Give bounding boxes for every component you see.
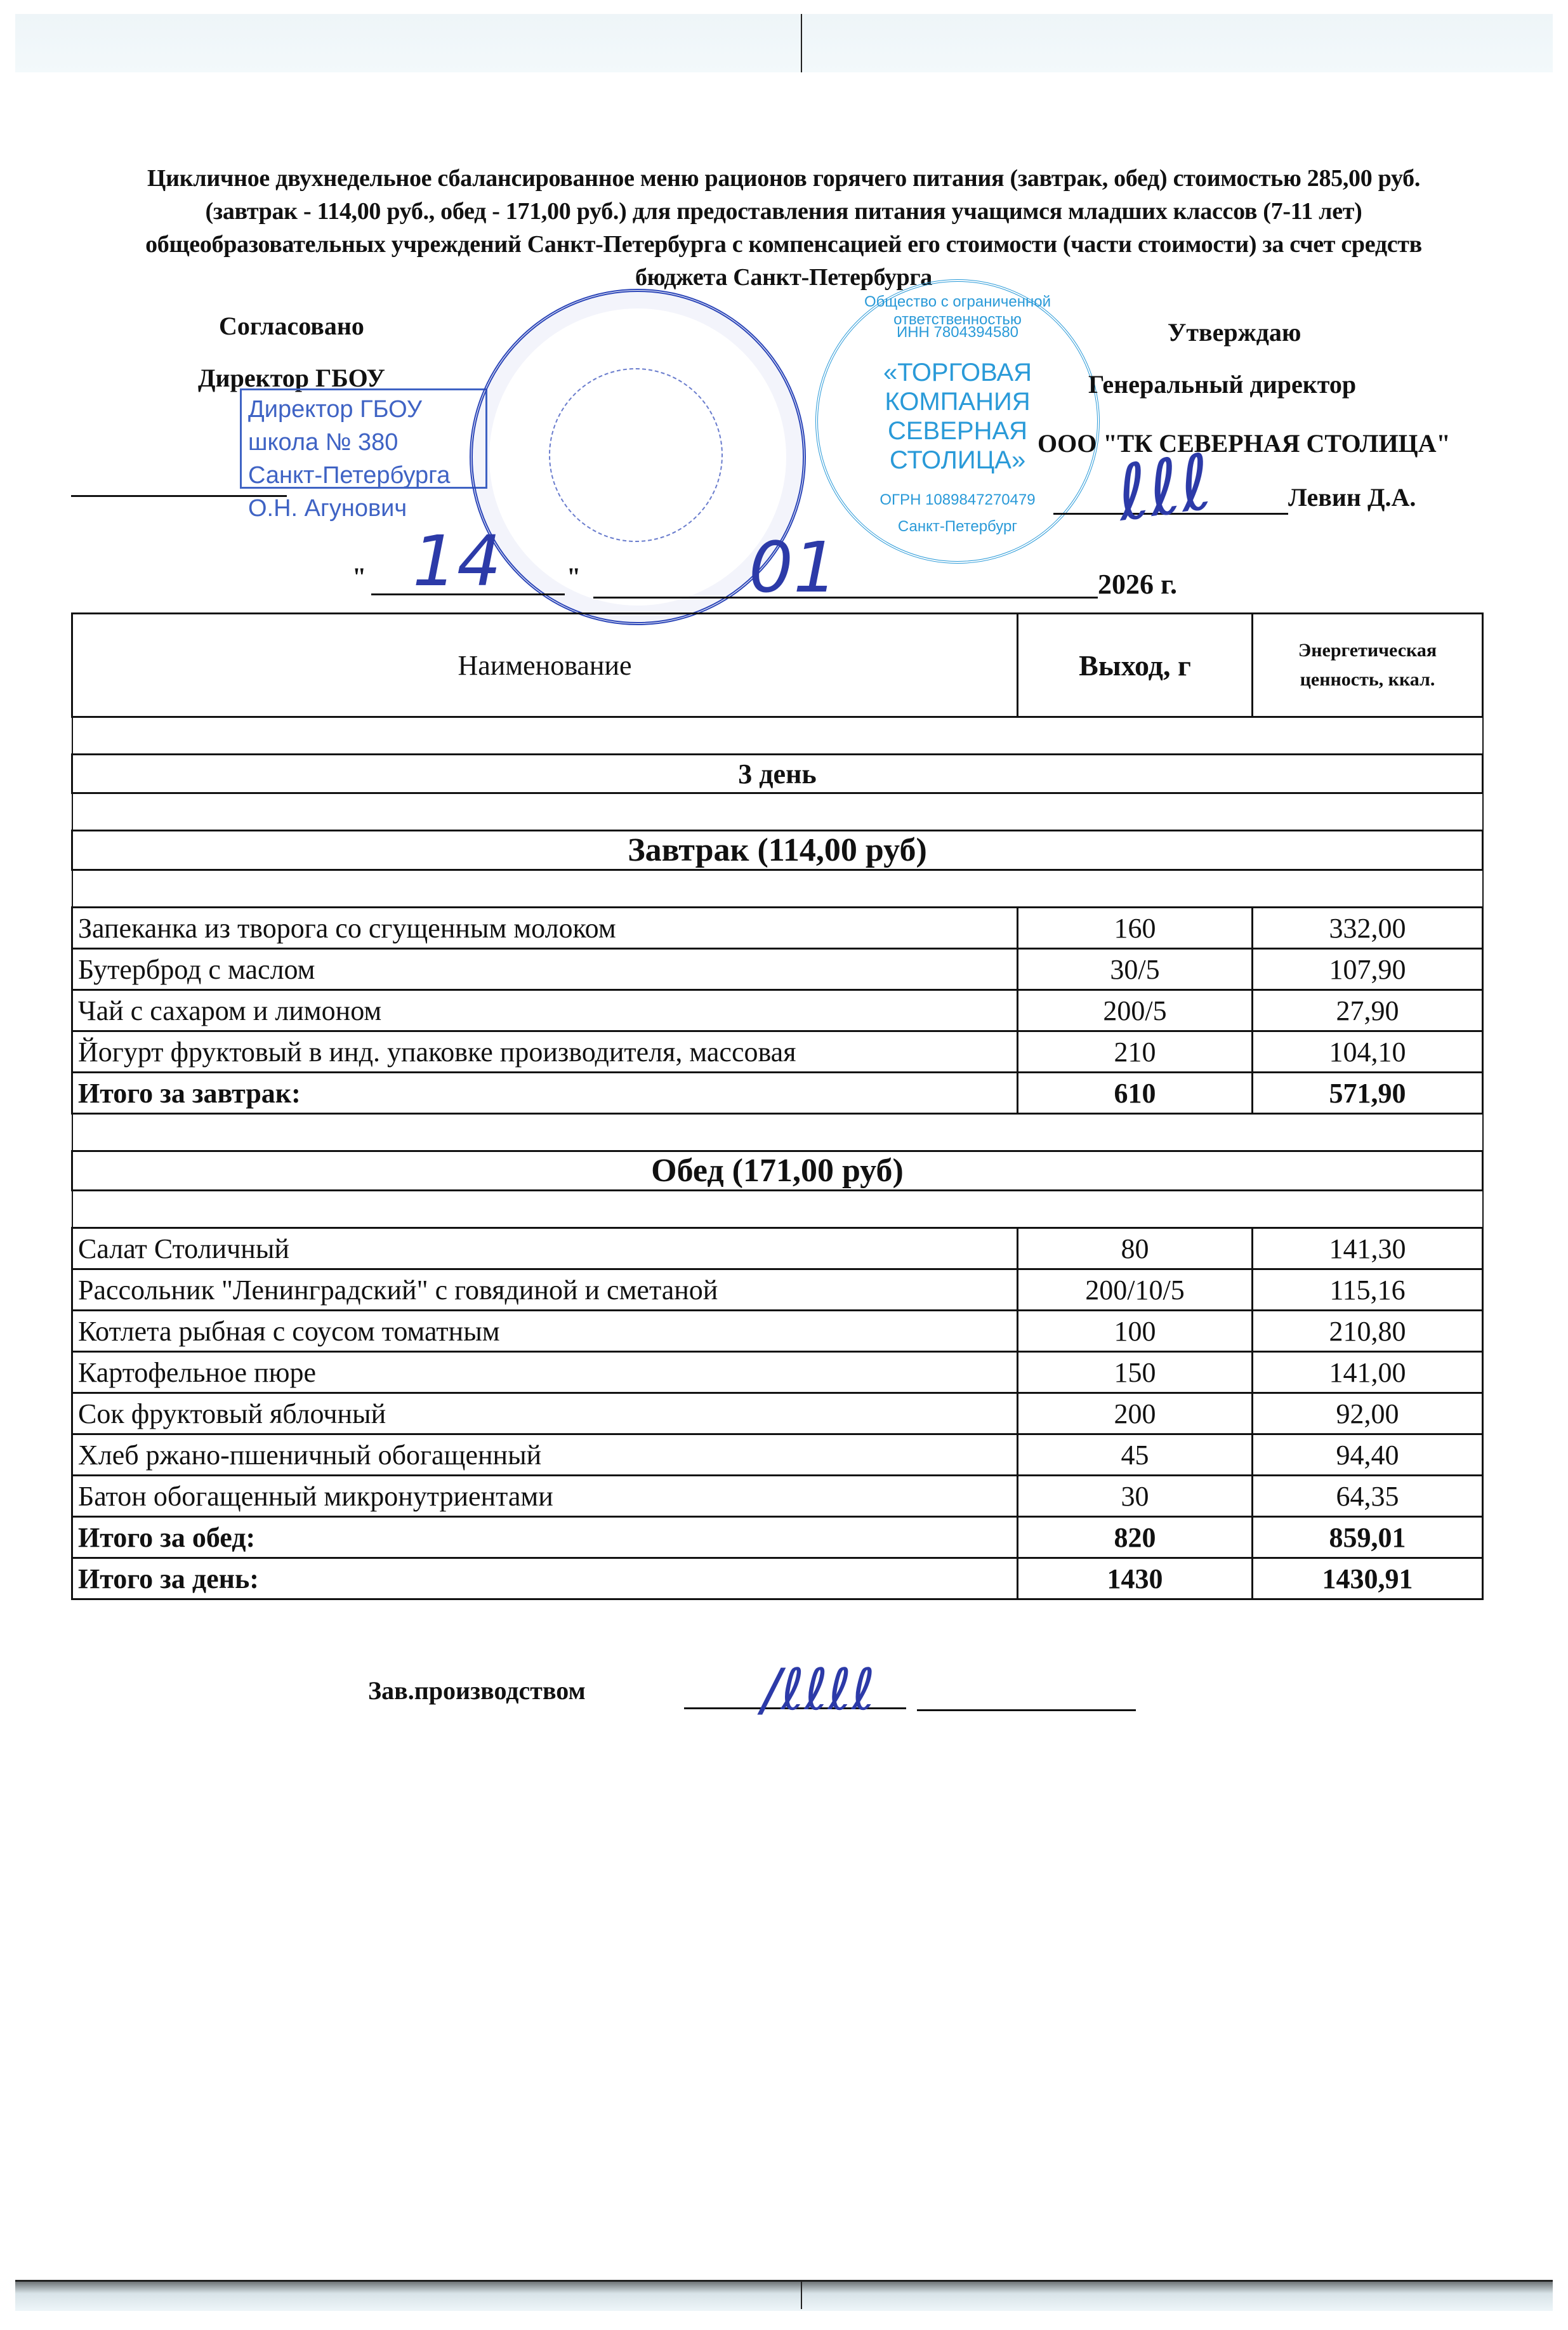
lunch-total-label: Итого за обед: <box>72 1517 1018 1558</box>
company-seal-inn: ИНН 7804394580 <box>818 324 1097 341</box>
dish-kcal: 332,00 <box>1253 908 1483 949</box>
dish-name: Рассольник "Ленинградский" с говядиной и… <box>72 1269 1018 1311</box>
dish-name: Бутерброд с маслом <box>72 949 1018 990</box>
breakfast-total-row: Итого за завтрак: 610 571,90 <box>72 1073 1483 1114</box>
dish-output: 45 <box>1018 1434 1253 1476</box>
header-output: Выход, г <box>1018 614 1253 717</box>
page-fold-mark <box>801 2280 802 2309</box>
breakfast-items: Запеканка из творога со сгущенным молоко… <box>72 908 1483 1073</box>
scan-edge-bottom <box>15 2280 1553 2311</box>
dish-name: Сок фруктовый яблочный <box>72 1393 1018 1434</box>
dish-name: Запеканка из творога со сгущенным молоко… <box>72 908 1018 949</box>
table-row: Бутерброд с маслом30/5107,90 <box>72 949 1483 990</box>
dish-output: 150 <box>1018 1352 1253 1393</box>
date-month-line <box>593 597 1098 599</box>
dish-output: 200/10/5 <box>1018 1269 1253 1311</box>
table-header-row: Наименование Выход, г Энергетическая цен… <box>72 614 1483 717</box>
dish-name: Салат Столичный <box>72 1228 1018 1269</box>
header-name: Наименование <box>72 614 1018 717</box>
production-head-name-line <box>917 1709 1136 1711</box>
spacer-row <box>72 1114 1483 1151</box>
lunch-items: Салат Столичный80141,30Рассольник "Ленин… <box>72 1228 1483 1517</box>
director-signature: ℓℓℓ <box>1111 438 1217 538</box>
breakfast-total-output: 610 <box>1018 1073 1253 1114</box>
table-row: Запеканка из творога со сгущенным молоко… <box>72 908 1483 949</box>
date-day: 14 <box>412 520 501 602</box>
breakfast-section-row: Завтрак (114,00 руб) <box>72 831 1483 870</box>
table-row: Картофельное пюре150141,00 <box>72 1352 1483 1393</box>
approval-right-name: Левин Д.А. <box>1288 482 1416 512</box>
production-head-label: Зав.производством <box>368 1676 586 1705</box>
day-total-output: 1430 <box>1018 1558 1253 1599</box>
dish-kcal: 141,00 <box>1253 1352 1483 1393</box>
dish-kcal: 104,10 <box>1253 1031 1483 1073</box>
dish-name: Котлета рыбная с соусом томатным <box>72 1311 1018 1352</box>
approval-right-organization: ООО "ТК СЕВЕРНАЯ СТОЛИЦА" <box>1038 428 1451 458</box>
director-stamp-line: Санкт-Петербурга <box>248 459 479 492</box>
director-stamp-line: Директор ГБОУ школа № 380 <box>248 393 479 459</box>
dish-output: 210 <box>1018 1031 1253 1073</box>
dish-name: Батон обогащенный микронутриентами <box>72 1476 1018 1517</box>
table-row: Йогурт фруктовый в инд. упаковке произво… <box>72 1031 1483 1073</box>
company-seal-name-line: КОМПАНИЯ <box>818 387 1097 416</box>
spacer-row <box>72 870 1483 908</box>
dish-output: 30/5 <box>1018 949 1253 990</box>
dish-name: Картофельное пюре <box>72 1352 1018 1393</box>
table-row: Хлеб ржано-пшеничный обогащенный4594,40 <box>72 1434 1483 1476</box>
dish-output: 80 <box>1018 1228 1253 1269</box>
menu-table: Наименование Выход, г Энергетическая цен… <box>71 612 1484 1600</box>
dish-output: 30 <box>1018 1476 1253 1517</box>
day-total-kcal: 1430,91 <box>1253 1558 1483 1599</box>
table-row: Салат Столичный80141,30 <box>72 1228 1483 1269</box>
spacer-row <box>72 717 1483 755</box>
breakfast-total-kcal: 571,90 <box>1253 1073 1483 1114</box>
production-head-signature: /ℓℓℓℓ <box>761 1657 875 1723</box>
company-seal-stamp: Общество с ограниченной ответственностью… <box>815 279 1100 564</box>
date-quote-open: " <box>352 562 366 592</box>
table-row: Котлета рыбная с соусом томатным100210,8… <box>72 1311 1483 1352</box>
school-seal-emblem <box>549 368 723 542</box>
company-seal-city: Санкт-Петербург <box>818 518 1097 536</box>
company-seal-ogrn: ОГРН 1089847270479 <box>818 491 1097 509</box>
dish-kcal: 27,90 <box>1253 990 1483 1031</box>
breakfast-title: Завтрак (114,00 руб) <box>72 831 1483 870</box>
dish-output: 200 <box>1018 1393 1253 1434</box>
dish-kcal: 107,90 <box>1253 949 1483 990</box>
dish-kcal: 141,30 <box>1253 1228 1483 1269</box>
approval-right-position: Генеральный директор <box>1088 369 1356 399</box>
document-title: Цикличное двухнедельное сбалансированное… <box>102 162 1466 294</box>
lunch-total-kcal: 859,01 <box>1253 1517 1483 1558</box>
dish-kcal: 210,80 <box>1253 1311 1483 1352</box>
day-row: 3 день <box>72 755 1483 793</box>
dish-output: 100 <box>1018 1311 1253 1352</box>
company-seal-name-line: «ТОРГОВАЯ <box>818 358 1097 387</box>
spacer-row <box>72 1191 1483 1228</box>
table-row: Батон обогащенный микронутриентами3064,3… <box>72 1476 1483 1517</box>
dish-kcal: 64,35 <box>1253 1476 1483 1517</box>
dish-kcal: 92,00 <box>1253 1393 1483 1434</box>
dish-name: Чай с сахаром и лимоном <box>72 990 1018 1031</box>
director-stamp: Директор ГБОУ школа № 380 Санкт-Петербур… <box>240 388 487 489</box>
approval-right-heading: Утверждаю <box>1168 317 1301 347</box>
day-total-label: Итого за день: <box>72 1558 1018 1599</box>
dish-output: 160 <box>1018 908 1253 949</box>
approval-left-signature-line <box>71 495 287 497</box>
date-quote-close: " <box>567 562 581 592</box>
lunch-section-row: Обед (171,00 руб) <box>72 1151 1483 1191</box>
lunch-total-output: 820 <box>1018 1517 1253 1558</box>
dish-output: 200/5 <box>1018 990 1253 1031</box>
breakfast-total-label: Итого за завтрак: <box>72 1073 1018 1114</box>
table-row: Сок фруктовый яблочный20092,00 <box>72 1393 1483 1434</box>
date-month: 01 <box>749 527 838 608</box>
scan-edge-top <box>15 14 1553 72</box>
table-row: Чай с сахаром и лимоном200/527,90 <box>72 990 1483 1031</box>
dish-name: Йогурт фруктовый в инд. упаковке произво… <box>72 1031 1018 1073</box>
table-row: Рассольник "Ленинградский" с говядиной и… <box>72 1269 1483 1311</box>
spacer-row <box>72 793 1483 831</box>
lunch-total-row: Итого за обед: 820 859,01 <box>72 1517 1483 1558</box>
page-fold-mark <box>801 14 802 72</box>
date-year: 2026 г. <box>1098 568 1177 600</box>
lunch-title: Обед (171,00 руб) <box>72 1151 1483 1191</box>
dish-kcal: 94,40 <box>1253 1434 1483 1476</box>
header-energy: Энергетическая ценность, ккал. <box>1253 614 1483 717</box>
day-label: 3 день <box>72 755 1483 793</box>
day-total-row: Итого за день: 1430 1430,91 <box>72 1558 1483 1599</box>
approval-left-heading: Согласовано <box>219 311 364 341</box>
dish-kcal: 115,16 <box>1253 1269 1483 1311</box>
dish-name: Хлеб ржано-пшеничный обогащенный <box>72 1434 1018 1476</box>
